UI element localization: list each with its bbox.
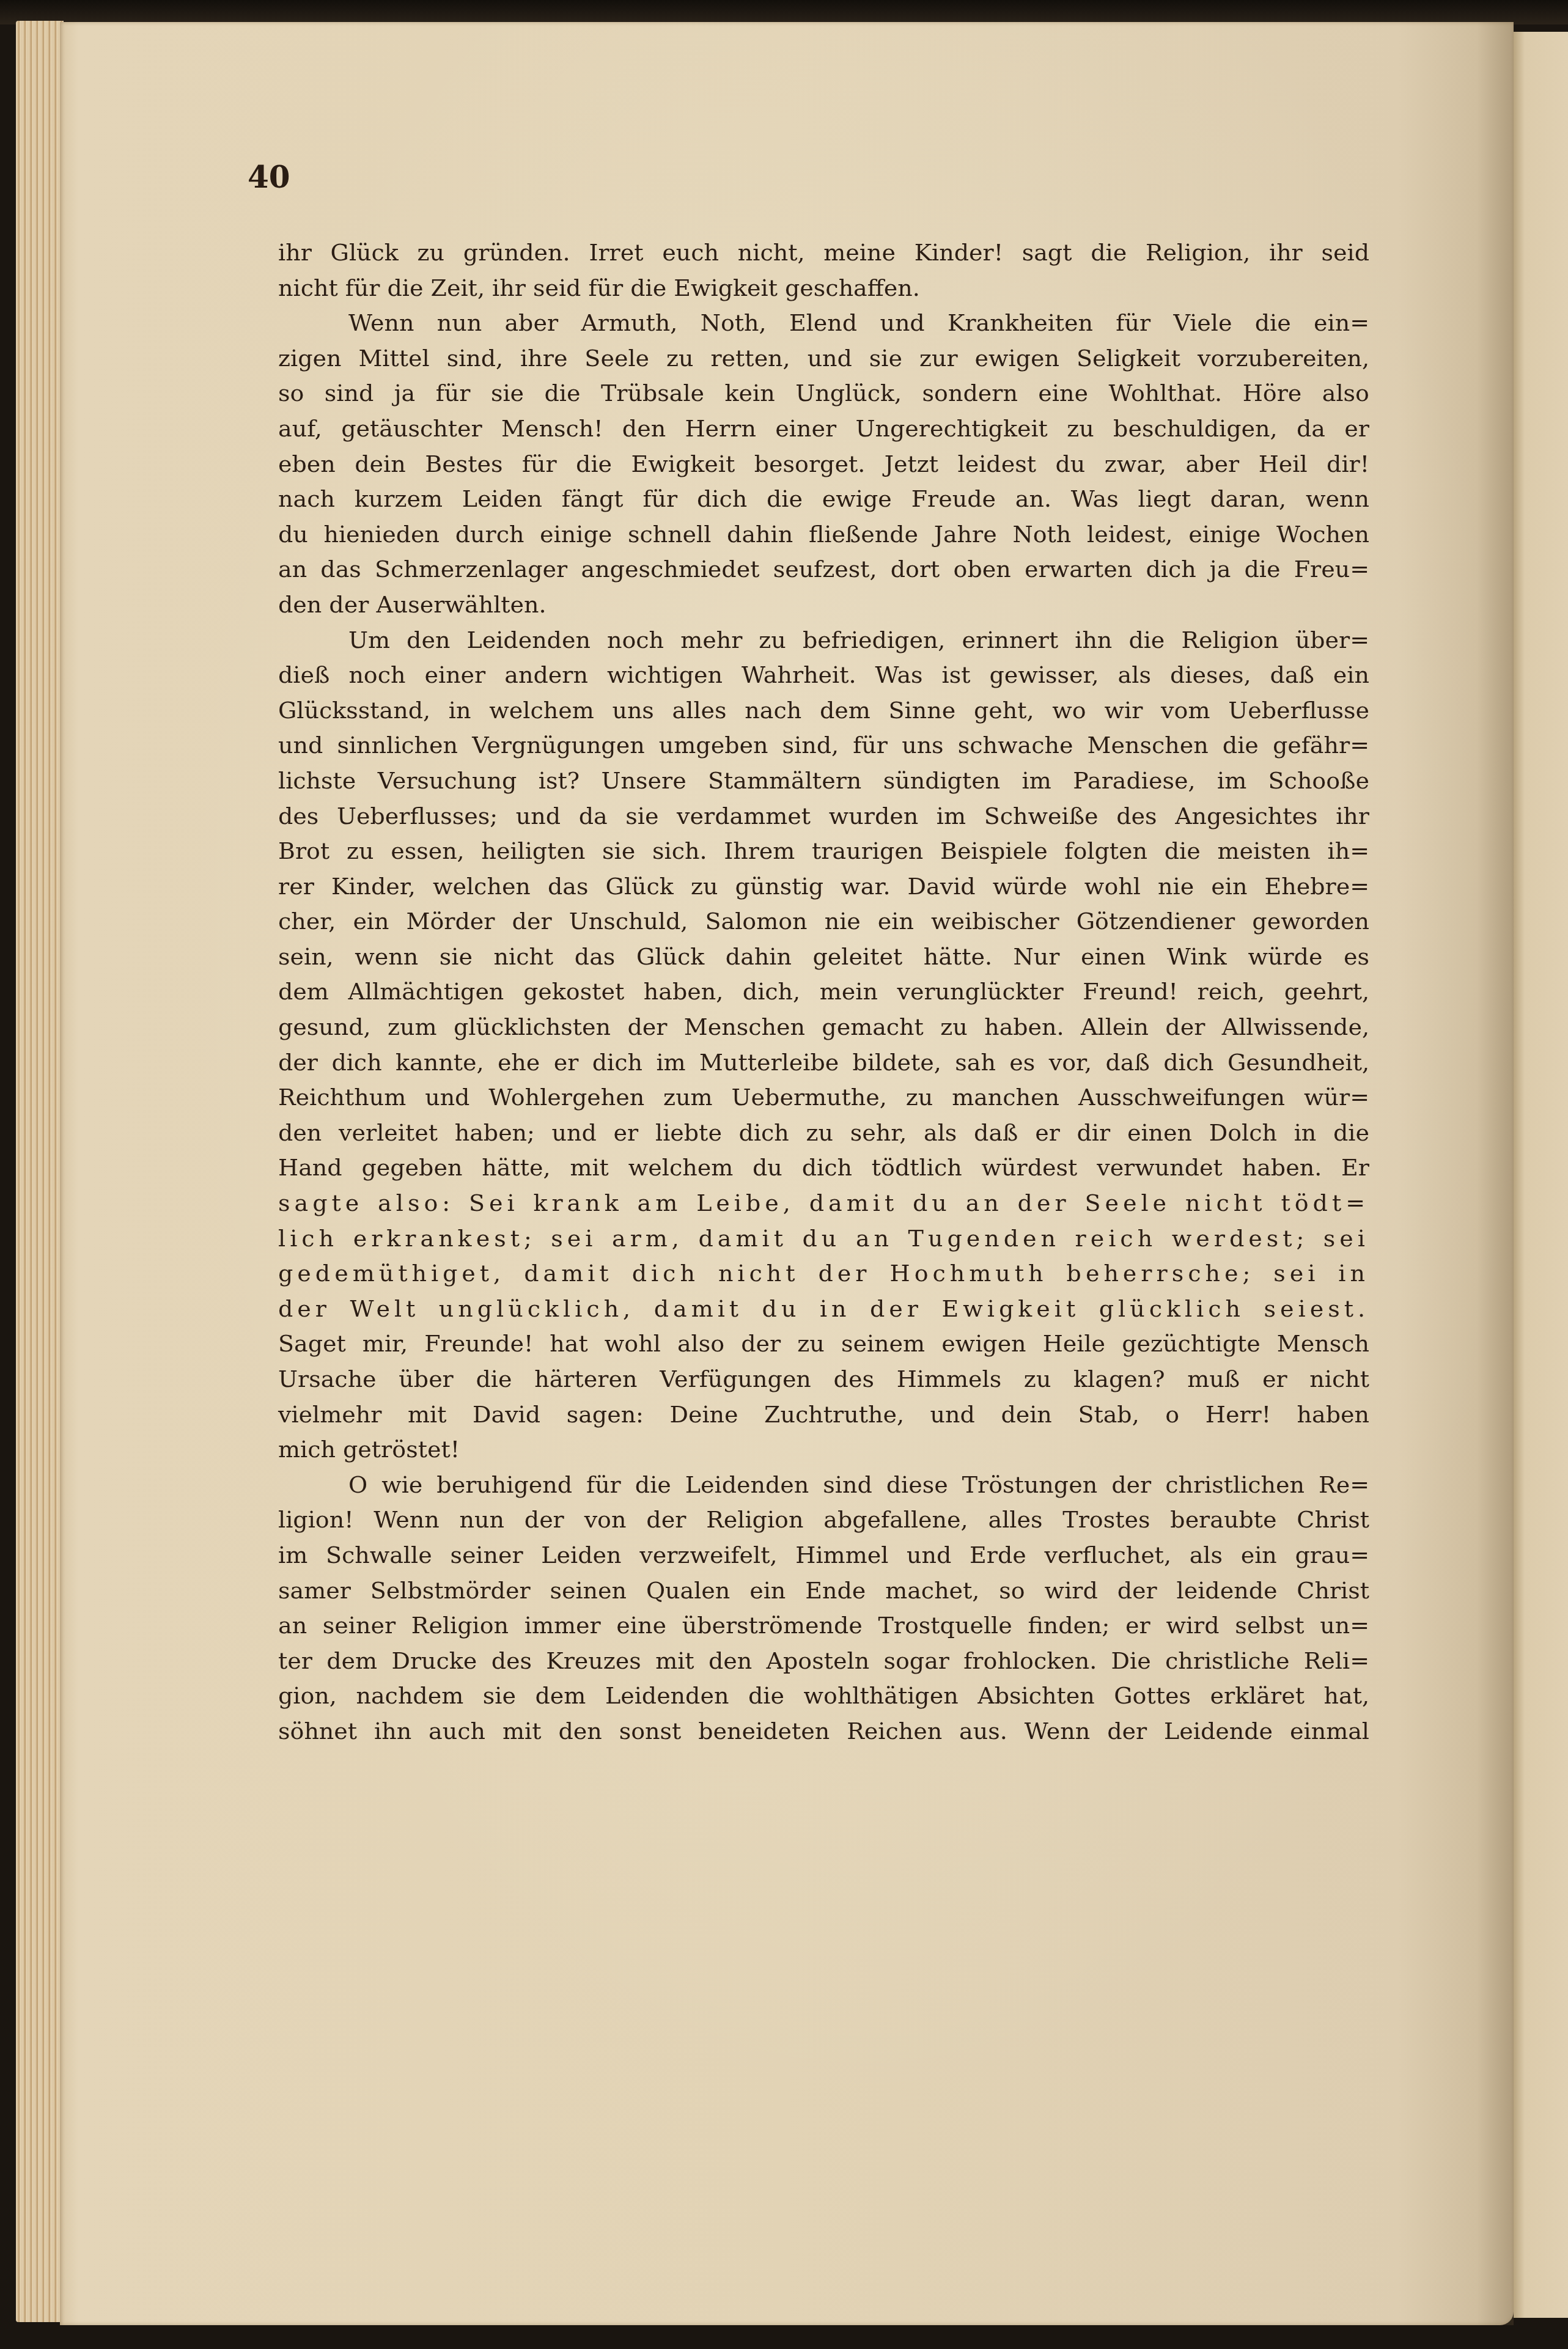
text-line: sein, wenn sie nicht das Glück dahin gel… bbox=[278, 939, 1369, 975]
page-gutter-shadow bbox=[1477, 22, 1514, 2325]
text-line: lichste Versuchung ist? Unsere Stammälte… bbox=[278, 763, 1369, 799]
text-line: mich getröstet! bbox=[278, 1432, 1369, 1468]
text-line: lich erkrankest; sei arm, damit du an Tu… bbox=[278, 1221, 1369, 1257]
text-line: Saget mir, Freunde! hat wohl also der zu… bbox=[278, 1326, 1369, 1362]
text-line: eben dein Bestes für die Ewigkeit besorg… bbox=[278, 447, 1369, 482]
text-line: und sinnlichen Vergnügungen umgeben sind… bbox=[278, 728, 1369, 763]
text-line: Glücksstand, in welchem uns alles nach d… bbox=[278, 693, 1369, 729]
text-line: nicht für die Zeit, ihr seid für die Ewi… bbox=[278, 271, 1369, 306]
adjacent-page-edge bbox=[1514, 32, 1568, 2318]
text-line: Reichthum und Wohlergehen zum Uebermuthe… bbox=[278, 1080, 1369, 1116]
text-line: des Ueberflusses; und da sie verdammet w… bbox=[278, 799, 1369, 834]
text-line: der dich kannte, ehe er dich im Mutterle… bbox=[278, 1045, 1369, 1081]
text-line: cher, ein Mörder der Unschuld, Salomon n… bbox=[278, 904, 1369, 939]
text-line: den der Auserwählten. bbox=[278, 587, 1369, 623]
text-line: an das Schmerzenlager angeschmiedet seuf… bbox=[278, 552, 1369, 587]
text-line: Um den Leidenden noch mehr zu befriedige… bbox=[278, 623, 1369, 658]
text-line: Ursache über die härteren Verfügungen de… bbox=[278, 1362, 1369, 1397]
text-line: dem Allmächtigen gekostet haben, dich, m… bbox=[278, 974, 1369, 1010]
text-line: ligion! Wenn nun der von der Religion ab… bbox=[278, 1502, 1369, 1538]
book-cover-edge bbox=[0, 0, 1568, 24]
text-line: gion, nachdem sie dem Leidenden die wohl… bbox=[278, 1678, 1369, 1714]
text-line: zigen Mittel sind, ihre Seele zu retten,… bbox=[278, 341, 1369, 377]
page-number: 40 bbox=[248, 159, 290, 195]
body-text: ihr Glück zu gründen. Irret euch nicht, … bbox=[278, 235, 1369, 1749]
text-line: dieß noch einer andern wichtigen Wahrhei… bbox=[278, 658, 1369, 693]
text-line: rer Kinder, welchen das Glück zu günstig… bbox=[278, 869, 1369, 905]
text-line: du hienieden durch einige schnell dahin … bbox=[278, 517, 1369, 553]
text-line: so sind ja für sie die Trübsale kein Ung… bbox=[278, 376, 1369, 411]
text-line: sagte also: Sei krank am Leibe, damit du… bbox=[278, 1186, 1369, 1221]
text-line: ter dem Drucke des Kreuzes mit den Apost… bbox=[278, 1644, 1369, 1679]
text-line: der Welt unglücklich, damit du in der Ew… bbox=[278, 1292, 1369, 1327]
text-line: gesund, zum glücklichsten der Menschen g… bbox=[278, 1010, 1369, 1045]
text-line: vielmehr mit David sagen: Deine Zuchtrut… bbox=[278, 1397, 1369, 1433]
text-line: ihr Glück zu gründen. Irret euch nicht, … bbox=[278, 235, 1369, 271]
text-line: auf, getäuschter Mensch! den Herrn einer… bbox=[278, 411, 1369, 447]
page-stack-edge bbox=[16, 21, 64, 2322]
text-line: nach kurzem Leiden fängt für dich die ew… bbox=[278, 482, 1369, 517]
text-line: Brot zu essen, heiligten sie sich. Ihrem… bbox=[278, 834, 1369, 869]
text-line: Hand gegeben hätte, mit welchem du dich … bbox=[278, 1150, 1369, 1186]
text-line: den verleitet haben; und er liebte dich … bbox=[278, 1116, 1369, 1151]
text-line: im Schwalle seiner Leiden verzweifelt, H… bbox=[278, 1538, 1369, 1573]
text-line: Wenn nun aber Armuth, Noth, Elend und Kr… bbox=[278, 306, 1369, 341]
text-line: an seiner Religion immer eine überströme… bbox=[278, 1608, 1369, 1644]
text-line: gedemüthiget, damit dich nicht der Hochm… bbox=[278, 1256, 1369, 1292]
text-line: söhnet ihn auch mit den sonst beneideten… bbox=[278, 1714, 1369, 1749]
text-line: O wie beruhigend für die Leidenden sind … bbox=[278, 1468, 1369, 1503]
text-line: samer Selbstmörder seinen Qualen ein End… bbox=[278, 1573, 1369, 1609]
